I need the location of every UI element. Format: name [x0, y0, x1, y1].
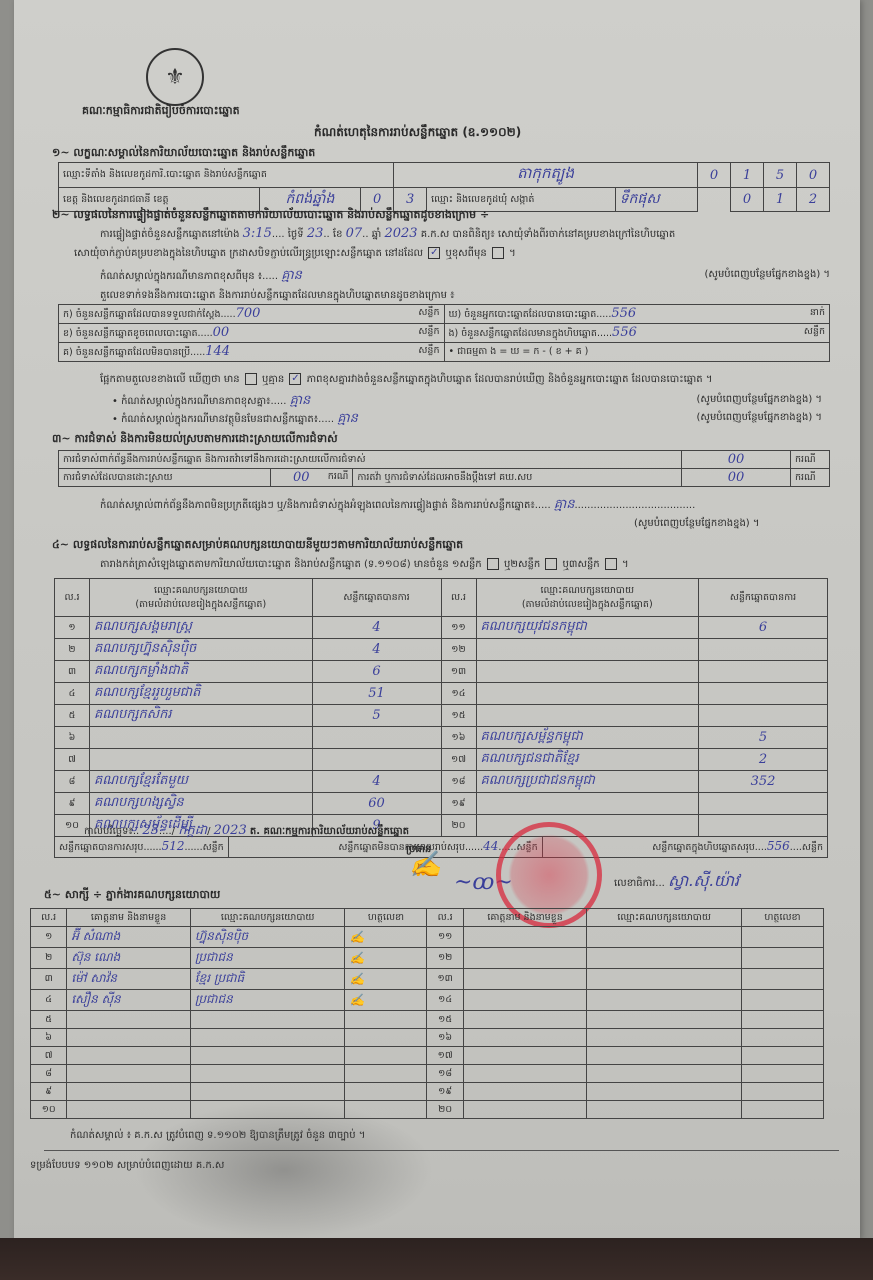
note-foreign-line: • កំណត់សម្គាល់ក្នុងករណីមានវត្ថុមិនមែនជាស… [112, 410, 822, 429]
witness-party [587, 927, 742, 948]
witness-party [587, 1029, 742, 1047]
station-code-digit: 0 [698, 163, 731, 188]
appeal-label: ការតវ៉ា ឬការជំទាស់ដែលអាចនឹងប្តឹងទៅ គឃ.សប [353, 469, 682, 487]
party-votes: 4 [312, 771, 441, 793]
party-name: គណបក្សជនជាតិខ្មែរ [476, 749, 699, 771]
different-checkbox[interactable] [492, 247, 504, 259]
table-row: ៨ គណបក្សខ្មែរតែមួយ 4១៨ គណបក្សប្រជាជនកម្ព… [55, 771, 828, 793]
row-number: ១១ [441, 617, 476, 639]
station-label: ឈ្មោះទីតាំង និងលេខកូដការិ.បោះឆ្នោត និងរា… [59, 163, 394, 188]
party-votes: 51 [312, 683, 441, 705]
witness-name [463, 1029, 587, 1047]
polling-station-table: ឈ្មោះទីតាំង និងលេខកូដការិ.បោះឆ្នោត និងរា… [58, 162, 830, 212]
table-row: ៤ សឿន ស៊ីន ប្រជាជន ✍១៤ [31, 990, 824, 1011]
party-votes: 6 [699, 617, 828, 639]
party-name: គណបក្សសង្គមរាស្ត្រ [90, 617, 313, 639]
note-mismatch-value: គ្មាន [290, 393, 311, 408]
party-votes [699, 705, 828, 727]
table-row: ៣ គណបក្សកម្លាំងជាតិ 6១៣ [55, 661, 828, 683]
row-number: ១៦ [441, 727, 476, 749]
tally-3-checkbox[interactable] [605, 558, 617, 570]
party-votes: 5 [312, 705, 441, 727]
verification-time: 3:15 [243, 226, 272, 241]
witness-name [67, 1011, 191, 1029]
witness-name [463, 1065, 587, 1083]
witness-signature: ✍ [345, 990, 427, 1011]
witness-name [463, 948, 587, 969]
row-number: ១៣ [441, 661, 476, 683]
row-number: ២ [31, 948, 67, 969]
witness-party [190, 1047, 345, 1065]
party-votes [699, 793, 828, 815]
party-name: គណបក្សយុវជនកម្ពុជា [476, 617, 699, 639]
witness-name [67, 1083, 191, 1101]
witness-name [463, 1083, 587, 1101]
row-number: ១៥ [441, 705, 476, 727]
chair-signature: ✍ [409, 850, 441, 880]
witness-signature [741, 1101, 823, 1119]
verification-year: 2023 [384, 226, 417, 241]
party-votes [699, 661, 828, 683]
party-name: គណបក្សកសិករ [90, 705, 313, 727]
witness-signature [741, 990, 823, 1011]
row-number: ១៨ [441, 771, 476, 793]
witness-name: ស៊ុន ណេង [67, 948, 191, 969]
commune-value: ទឹកផុស [615, 188, 697, 212]
row-number: ១៩ [441, 793, 476, 815]
note-foreign-value: គ្មាន [337, 411, 358, 426]
table-row: ៩ គណបក្សហង្សស្វិន 60១៩ [55, 793, 828, 815]
witness-party: ប្រជាជន [190, 990, 345, 1011]
witness-party: ហ្វ៊ុនស៊ិនប៉ិច [190, 927, 345, 948]
row-number: ១៤ [427, 990, 463, 1011]
witness-table: ល.រ គោត្តនាម និងនាមខ្លួន ឈ្មោះគណបក្សនយោប… [30, 908, 824, 1119]
row-number: ១៣ [427, 969, 463, 990]
party-name [90, 727, 313, 749]
witness-party [587, 1101, 742, 1119]
tally-2-checkbox[interactable] [545, 558, 557, 570]
party-name [476, 683, 699, 705]
witness-party [190, 1011, 345, 1029]
party-name: គណបក្សខ្មែររួបរួមជាតិ [90, 683, 313, 705]
note-diff-line: កំណត់សម្គាល់ក្នុងករណីមានភាពខុសពីមុន ៖...… [100, 267, 830, 286]
row-number: ១ [55, 617, 90, 639]
witness-signature [741, 948, 823, 969]
verification-day: 23 [307, 226, 324, 241]
witness-name [463, 927, 587, 948]
table-row: ៣ ម៉ៅ សាវ៉ន ខ្មែរ ប្រជាធិ ✍១៣ [31, 969, 824, 990]
row-number: ៦ [55, 727, 90, 749]
row-number: ១៧ [441, 749, 476, 771]
witness-signature: ✍ [345, 948, 427, 969]
party-name: គណបក្សហង្សស្វិន [90, 793, 313, 815]
table-row: ៥ គណបក្សកសិករ 5១៥ [55, 705, 828, 727]
appeal-value: 00 [682, 469, 791, 487]
row-number: ១១ [427, 927, 463, 948]
witness-name: សឿន ស៊ីន [67, 990, 191, 1011]
figure-a: ក) ចំនួនសន្លឹកឆ្នោតដែលបានទទួលជាក់ស្តែង..… [59, 305, 445, 324]
row-number: ៧ [55, 749, 90, 771]
party-votes [699, 639, 828, 661]
party-name [476, 639, 699, 661]
intact-checkbox[interactable]: ✓ [428, 247, 440, 259]
row-number: ៧ [31, 1047, 67, 1065]
witness-name [463, 1101, 587, 1119]
row-number: ១២ [441, 639, 476, 661]
party-votes: 2 [699, 749, 828, 771]
table-row: ១ គណបក្សសង្គមរាស្ត្រ 4១១ គណបក្សយុវជនកម្ព… [55, 617, 828, 639]
station-value: តាកុកត្បូង [394, 163, 698, 188]
witness-party [190, 1065, 345, 1083]
note-diff-value: គ្មាន [281, 268, 302, 283]
party-name: គណបក្សកម្លាំងជាតិ [90, 661, 313, 683]
witness-signature [741, 1047, 823, 1065]
party-name [476, 661, 699, 683]
row-number: ១៥ [427, 1011, 463, 1029]
verification-line-1: ការផ្ទៀងផ្ទាត់ចំនួនសន្លឹកឆ្នោតនៅម៉ោង 3:1… [100, 226, 675, 242]
party-name [476, 815, 699, 837]
formula: • ជាធម្មតា ង = ឃ = ក - ( ខ + គ ) [444, 343, 830, 362]
witness-party [190, 1029, 345, 1047]
witness-name: ម៉ៅ សាវ៉ន [67, 969, 191, 990]
party-votes [312, 727, 441, 749]
box-total: សន្លឹកឆ្នោតក្នុងហិបឆ្នោតសរុប....556....ស… [648, 837, 827, 857]
table-row: ២ គណបក្សហ្វ៊ុនស៊ិនប៉ិច 4១២ [55, 639, 828, 661]
row-number: ២០ [441, 815, 476, 837]
witness-name [463, 969, 587, 990]
row-number: ១៤ [441, 683, 476, 705]
row-number: ៤ [31, 990, 67, 1011]
row-number: ១៩ [427, 1083, 463, 1101]
party-votes: 6 [312, 661, 441, 683]
witness-name: អ៊ី សំណាង [67, 927, 191, 948]
witness-signature [741, 927, 823, 948]
party-name [90, 749, 313, 771]
diff-line: ផ្អែកតាមតួលេខខាងលើ ឃើញថា មាន ឬគ្មាន ✓ ភា… [100, 372, 712, 387]
verification-month: 07 [346, 226, 363, 241]
witness-name [463, 1011, 587, 1029]
party-name: គណបក្សសម្ព័ន្ធកម្ពុជា [476, 727, 699, 749]
witness-signature [741, 1029, 823, 1047]
table-row: ៦ ១៦ គណបក្សសម្ព័ន្ធកម្ពុជា 5 [55, 727, 828, 749]
tally-1-checkbox[interactable] [487, 558, 499, 570]
witness-signature [741, 969, 823, 990]
witness-name [463, 990, 587, 1011]
witness-signature [345, 1065, 427, 1083]
party-votes [312, 749, 441, 771]
witness-signature [741, 1011, 823, 1029]
witness-signature [345, 1029, 427, 1047]
witness-name [67, 1065, 191, 1083]
row-number: ៩ [55, 793, 90, 815]
table-row: ៩ ១៩ [31, 1083, 824, 1101]
station-code-digit: 5 [764, 163, 797, 188]
witness-signature: ✍ [345, 927, 427, 948]
witness-signature: ✍ [345, 969, 427, 990]
objections-table: ការជំទាស់ពាក់ព័ន្ធនឹងការរាប់សន្លឹកឆ្នោត … [58, 450, 830, 487]
national-emblem-icon: ⚜ [146, 48, 204, 106]
party-votes [699, 815, 828, 837]
table-row: ៨ ១៨ [31, 1065, 824, 1083]
table-row: ៦ ១៦ [31, 1029, 824, 1047]
tally-sheet-line: តារាងកត់ត្រាសំឡេងឆ្នោតតាមការិយាល័យបោះឆ្ន… [100, 557, 629, 572]
objections-label: ការជំទាស់ពាក់ព័ន្ធនឹងការរាប់សន្លឹកឆ្នោត … [59, 451, 682, 469]
witness-party: ប្រជាជន [190, 948, 345, 969]
row-number: ១៦ [427, 1029, 463, 1047]
row-number: ៥ [31, 1011, 67, 1029]
party-name: គណបក្សខ្មែរតែមួយ [90, 771, 313, 793]
party-name [476, 705, 699, 727]
commune-code-digit: 0 [731, 188, 764, 212]
row-number: ៨ [31, 1065, 67, 1083]
table-row: ២ ស៊ុន ណេង ប្រជាជន ✍១២ [31, 948, 824, 969]
figure-b: ខ) ចំនួនសន្លឹកឆ្នោតខូចពេលបោះឆ្នោត.....00… [59, 324, 445, 343]
witness-signature [345, 1083, 427, 1101]
row-number: ៣ [55, 661, 90, 683]
row-number: ២ [55, 639, 90, 661]
station-code-digit: 0 [797, 163, 830, 188]
resolved-label: ការជំទាស់ដែលបានដោះស្រាយ [59, 469, 271, 487]
table-row: ៥ ១៥ [31, 1011, 824, 1029]
figures-intro: តួលេខទាក់ទងនឹងការបោះឆ្នោត និងការរាប់សន្ល… [100, 288, 455, 303]
witness-party [587, 1065, 742, 1083]
party-name: គណបក្សប្រជាជនកម្ពុជា [476, 771, 699, 793]
witness-name [463, 1047, 587, 1065]
witness-signature [345, 1047, 427, 1065]
form-page: ⚜ គណៈកម្មាធិការជាតិរៀបចំការបោះឆ្នោត កំណត… [14, 0, 860, 1240]
row-number: ១២ [427, 948, 463, 969]
background-surface [0, 1238, 873, 1280]
party-name [476, 793, 699, 815]
witness-signature [741, 1083, 823, 1101]
objections-value: 00 [682, 451, 791, 469]
section1-heading: ១~ លក្ខណៈសម្គាល់នៃការិយាល័យបោះឆ្នោត និងរ… [52, 146, 315, 162]
row-number: ៥ [55, 705, 90, 727]
witness-party [587, 1011, 742, 1029]
section5-heading: ៥~ សាក្សី ÷ ភ្នាក់ងារគណបក្សនយោបាយ [44, 888, 220, 904]
figures-table: ក) ចំនួនសន្លឹកឆ្នោតដែលបានទទួលជាក់ស្តែង..… [58, 304, 830, 362]
party-votes-table: ល.រ ឈ្មោះគណបក្សនយោបាយ(តាមលំដាប់លេខរៀងក្ន… [54, 578, 828, 858]
row-number: ៦ [31, 1029, 67, 1047]
resolved-value: 00ករណី [270, 469, 353, 487]
witness-party [587, 948, 742, 969]
station-code-digit: 1 [731, 163, 764, 188]
row-number: ៨ [55, 771, 90, 793]
party-votes: 5 [699, 727, 828, 749]
figure-e: ង) ចំនួនសន្លឹកឆ្នោតដែលមានក្នុងហិបឆ្នោត..… [444, 324, 830, 343]
row-number: ១៧ [427, 1047, 463, 1065]
irregularities-note: កំណត់សម្គាល់ពាក់ព័ន្ធនឹងភាពមិនប្រក្រតីផ្… [100, 496, 695, 515]
figure-c: គ) ចំនួនសន្លឹកឆ្នោតដែលមិនបានប្រើ.....144… [59, 343, 445, 362]
witness-party [587, 990, 742, 1011]
witness-name [67, 1047, 191, 1065]
row-number: ៣ [31, 969, 67, 990]
note-mismatch-line: • កំណត់សម្គាល់ក្នុងករណីមានភាពខុសគ្នា៖...… [112, 392, 822, 411]
party-votes: 60 [312, 793, 441, 815]
party-votes: 4 [312, 639, 441, 661]
row-number: ១៨ [427, 1065, 463, 1083]
witness-signature [741, 1065, 823, 1083]
witness-signature [345, 1011, 427, 1029]
row-number: ៩ [31, 1083, 67, 1101]
no-diff-checkbox[interactable]: ✓ [289, 373, 301, 385]
section4-heading: ៤~ លទ្ធផលនៃការរាប់សន្លឹកឆ្នោតសម្រាប់គណបក… [52, 538, 463, 554]
row-number: ១០ [31, 1101, 67, 1119]
witness-party [190, 1083, 345, 1101]
witness-party [587, 1047, 742, 1065]
witness-party: ខ្មែរ ប្រជាធិ [190, 969, 345, 990]
table-row: ១ អ៊ី សំណាង ហ្វ៊ុនស៊ិនប៉ិច ✍១១ [31, 927, 824, 948]
commune-code-digit: 1 [764, 188, 797, 212]
witness-party [587, 969, 742, 990]
row-number: ១ [31, 927, 67, 948]
irregularities-value: គ្មាន [554, 497, 575, 512]
row-number: ៤ [55, 683, 90, 705]
verification-line-2: សោយុំចាក់ភ្ជាប់គម្របខាងក្នុងនៃហិបឆ្នោត ក… [74, 246, 516, 261]
party-votes: 352 [699, 771, 828, 793]
witness-party [587, 1083, 742, 1101]
signature-date: កាលបរិច្ឆេទ៖.. 23..../ កក្កដា/ 2023 ត. គ… [84, 822, 409, 841]
table-row: ៧ ១៧ គណបក្សជនជាតិខ្មែរ 2 [55, 749, 828, 771]
table-row: ៧ ១៧ [31, 1047, 824, 1065]
section2-heading: ២~ លទ្ធផលនៃការផ្ទៀងផ្ទាត់ចំនួនសន្លឹកឆ្នោ… [52, 208, 489, 224]
section3-heading: ៣~ ការជំទាស់ និងការមិនយល់ស្របតាមការដោះស្… [52, 432, 338, 448]
organization-name: គណៈកម្មាធិការជាតិរៀបចំការបោះឆ្នោត [82, 104, 240, 120]
secretary-line: លេខាធិការ... ស្វា.ស៊ី.យ៉ាវ [614, 870, 739, 894]
figure-d: ឃ) ចំនួនអ្នកបោះឆ្នោតដែលបានបោះឆ្នោត.....5… [444, 305, 830, 324]
secretary-signature: ស្វា.ស៊ី.យ៉ាវ [668, 871, 739, 890]
form-title: កំណត់ហេតុនៃការរាប់សន្លឹកឆ្នោត (ឧ.១១០២) [314, 124, 521, 142]
commune-code-digit: 2 [797, 188, 830, 212]
table-row: ៤ គណបក្សខ្មែររួបរួមជាតិ 51១៤ [55, 683, 828, 705]
party-name: គណបក្សហ្វ៊ុនស៊ិនប៉ិច [90, 639, 313, 661]
witness-name [67, 1029, 191, 1047]
has-diff-checkbox[interactable] [245, 373, 257, 385]
party-votes [699, 683, 828, 705]
party-votes: 4 [312, 617, 441, 639]
